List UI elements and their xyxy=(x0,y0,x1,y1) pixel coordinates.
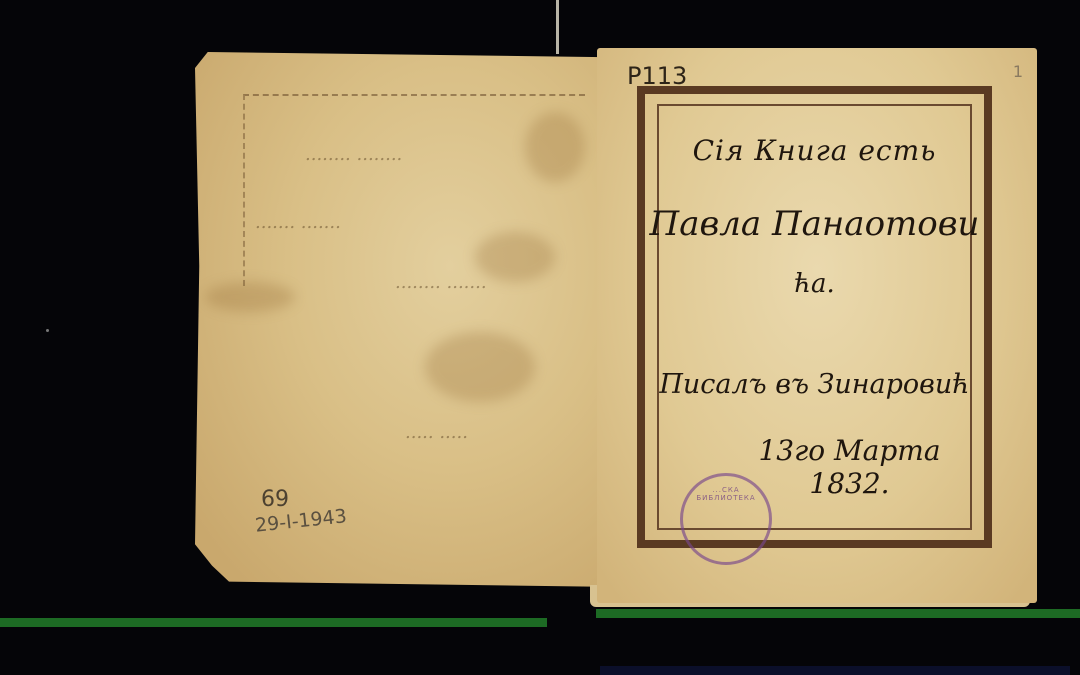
title-line-3: ћа. xyxy=(645,269,984,299)
stain xyxy=(205,282,295,312)
title-line-4: Писалъ въ Зинаровић xyxy=(645,369,984,400)
faded-text: ........ ........ xyxy=(305,144,402,165)
decorative-frame: Сія Книга есть Павла Панаотови ћа. Писал… xyxy=(637,86,992,548)
title-line-2: Павла Панаотови xyxy=(645,204,984,244)
blue-strip xyxy=(600,666,1070,675)
faded-text: ........ ....... xyxy=(395,272,487,293)
left-page: ........ ........ ....... ....... ......… xyxy=(195,52,620,587)
faded-text: ....... ....... xyxy=(255,212,341,233)
metal-pin xyxy=(556,0,559,54)
stain xyxy=(425,332,535,402)
manuscript-photo: ........ ........ ....... ....... ......… xyxy=(0,0,1080,675)
pencil-number: 69 xyxy=(261,487,289,512)
stamp-text: ...СКА БИБЛИОТЕКА xyxy=(683,486,769,502)
faded-border xyxy=(243,94,585,286)
faded-text: ..... ..... xyxy=(405,422,468,443)
library-stamp: ...СКА БИБЛИОТЕКА xyxy=(680,473,772,565)
green-strip-right xyxy=(596,609,1080,618)
right-page: P113 1 Сія Книга есть Павла Панаотови ћа… xyxy=(597,48,1037,603)
folio-number: 1 xyxy=(1013,62,1023,81)
speck xyxy=(46,329,49,332)
green-strip-left xyxy=(0,618,547,627)
title-line-1: Сія Книга есть xyxy=(645,134,984,167)
